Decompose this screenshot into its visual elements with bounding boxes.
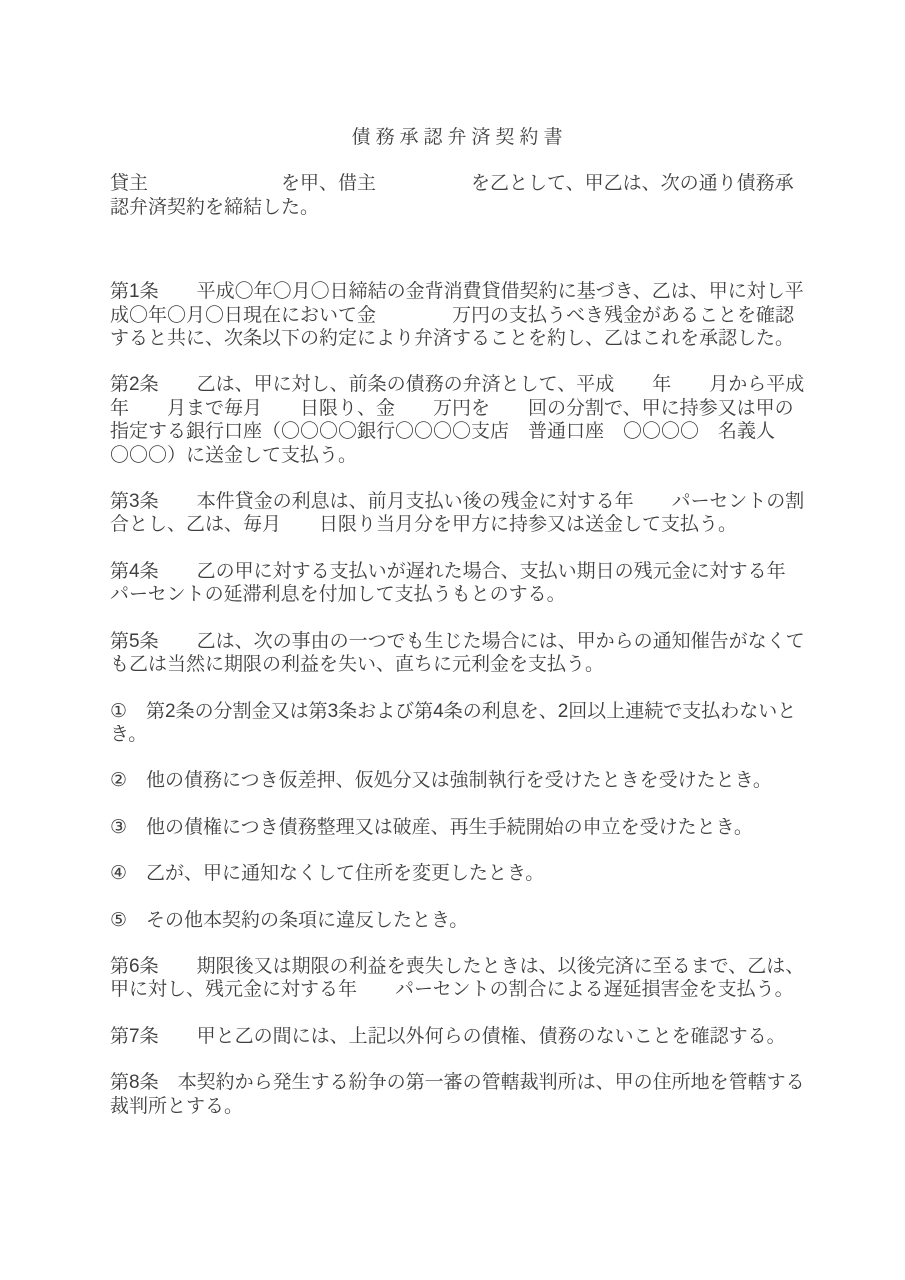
clause-item-2: ② 他の債務につき仮差押、仮処分又は強制執行を受けたときを受けたとき。 [110,769,809,792]
article-4: 第4条 乙の甲に対する支払いが遅れた場合、支払い期日の残元金に対する年 パーセン… [110,560,809,607]
contract-document-page: 債務承認弁済契約書 貸主 を甲、借主 を乙として、甲乙は、次の通り債務承認弁済契… [0,0,905,1280]
article-3: 第3条 本件貸金の利息は、前月支払い後の残金に対する年 パーセントの割合とし、乙… [110,490,809,537]
intro-paragraph: 貸主 を甲、借主 を乙として、甲乙は、次の通り債務承認弁済契約を締結した。 [110,172,809,219]
article-2: 第2条 乙は、甲に対し、前条の債務の弁済として、平成 年 月から平成 年 月まで… [110,373,809,467]
clause-item-4: ④ 乙が、甲に通知なくして住所を変更したとき。 [110,862,809,885]
article-6: 第6条 期限後又は期限の利益を喪失したときは、以後完済に至るまで、乙は、甲に対し… [110,955,809,1002]
article-8: 第8条 本契約から発生する紛争の第一審の管轄裁判所は、甲の住所地を管轄する裁判所… [110,1071,809,1118]
article-1: 第1条 平成〇年〇月〇日締結の金背消費貸借契約に基づき、乙は、甲に対し平成〇年〇… [110,280,809,350]
document-title: 債務承認弁済契約書 [110,126,809,149]
clause-item-3: ③ 他の債権につき債務整理又は破産、再生手続開始の申立を受けたとき。 [110,816,809,839]
article-5: 第5条 乙は、次の事由の一つでも生じた場合には、甲からの通知催告がなくても乙は当… [110,630,809,677]
clause-item-1: ① 第2条の分割金又は第3条および第4条の利息を、2回以上連続で支払わないとき。 [110,700,809,747]
article-7: 第7条 甲と乙の間には、上記以外何らの債権、債務のないことを確認する。 [110,1025,809,1048]
clause-item-5: ⑤ その他本契約の条項に違反したとき。 [110,909,809,932]
